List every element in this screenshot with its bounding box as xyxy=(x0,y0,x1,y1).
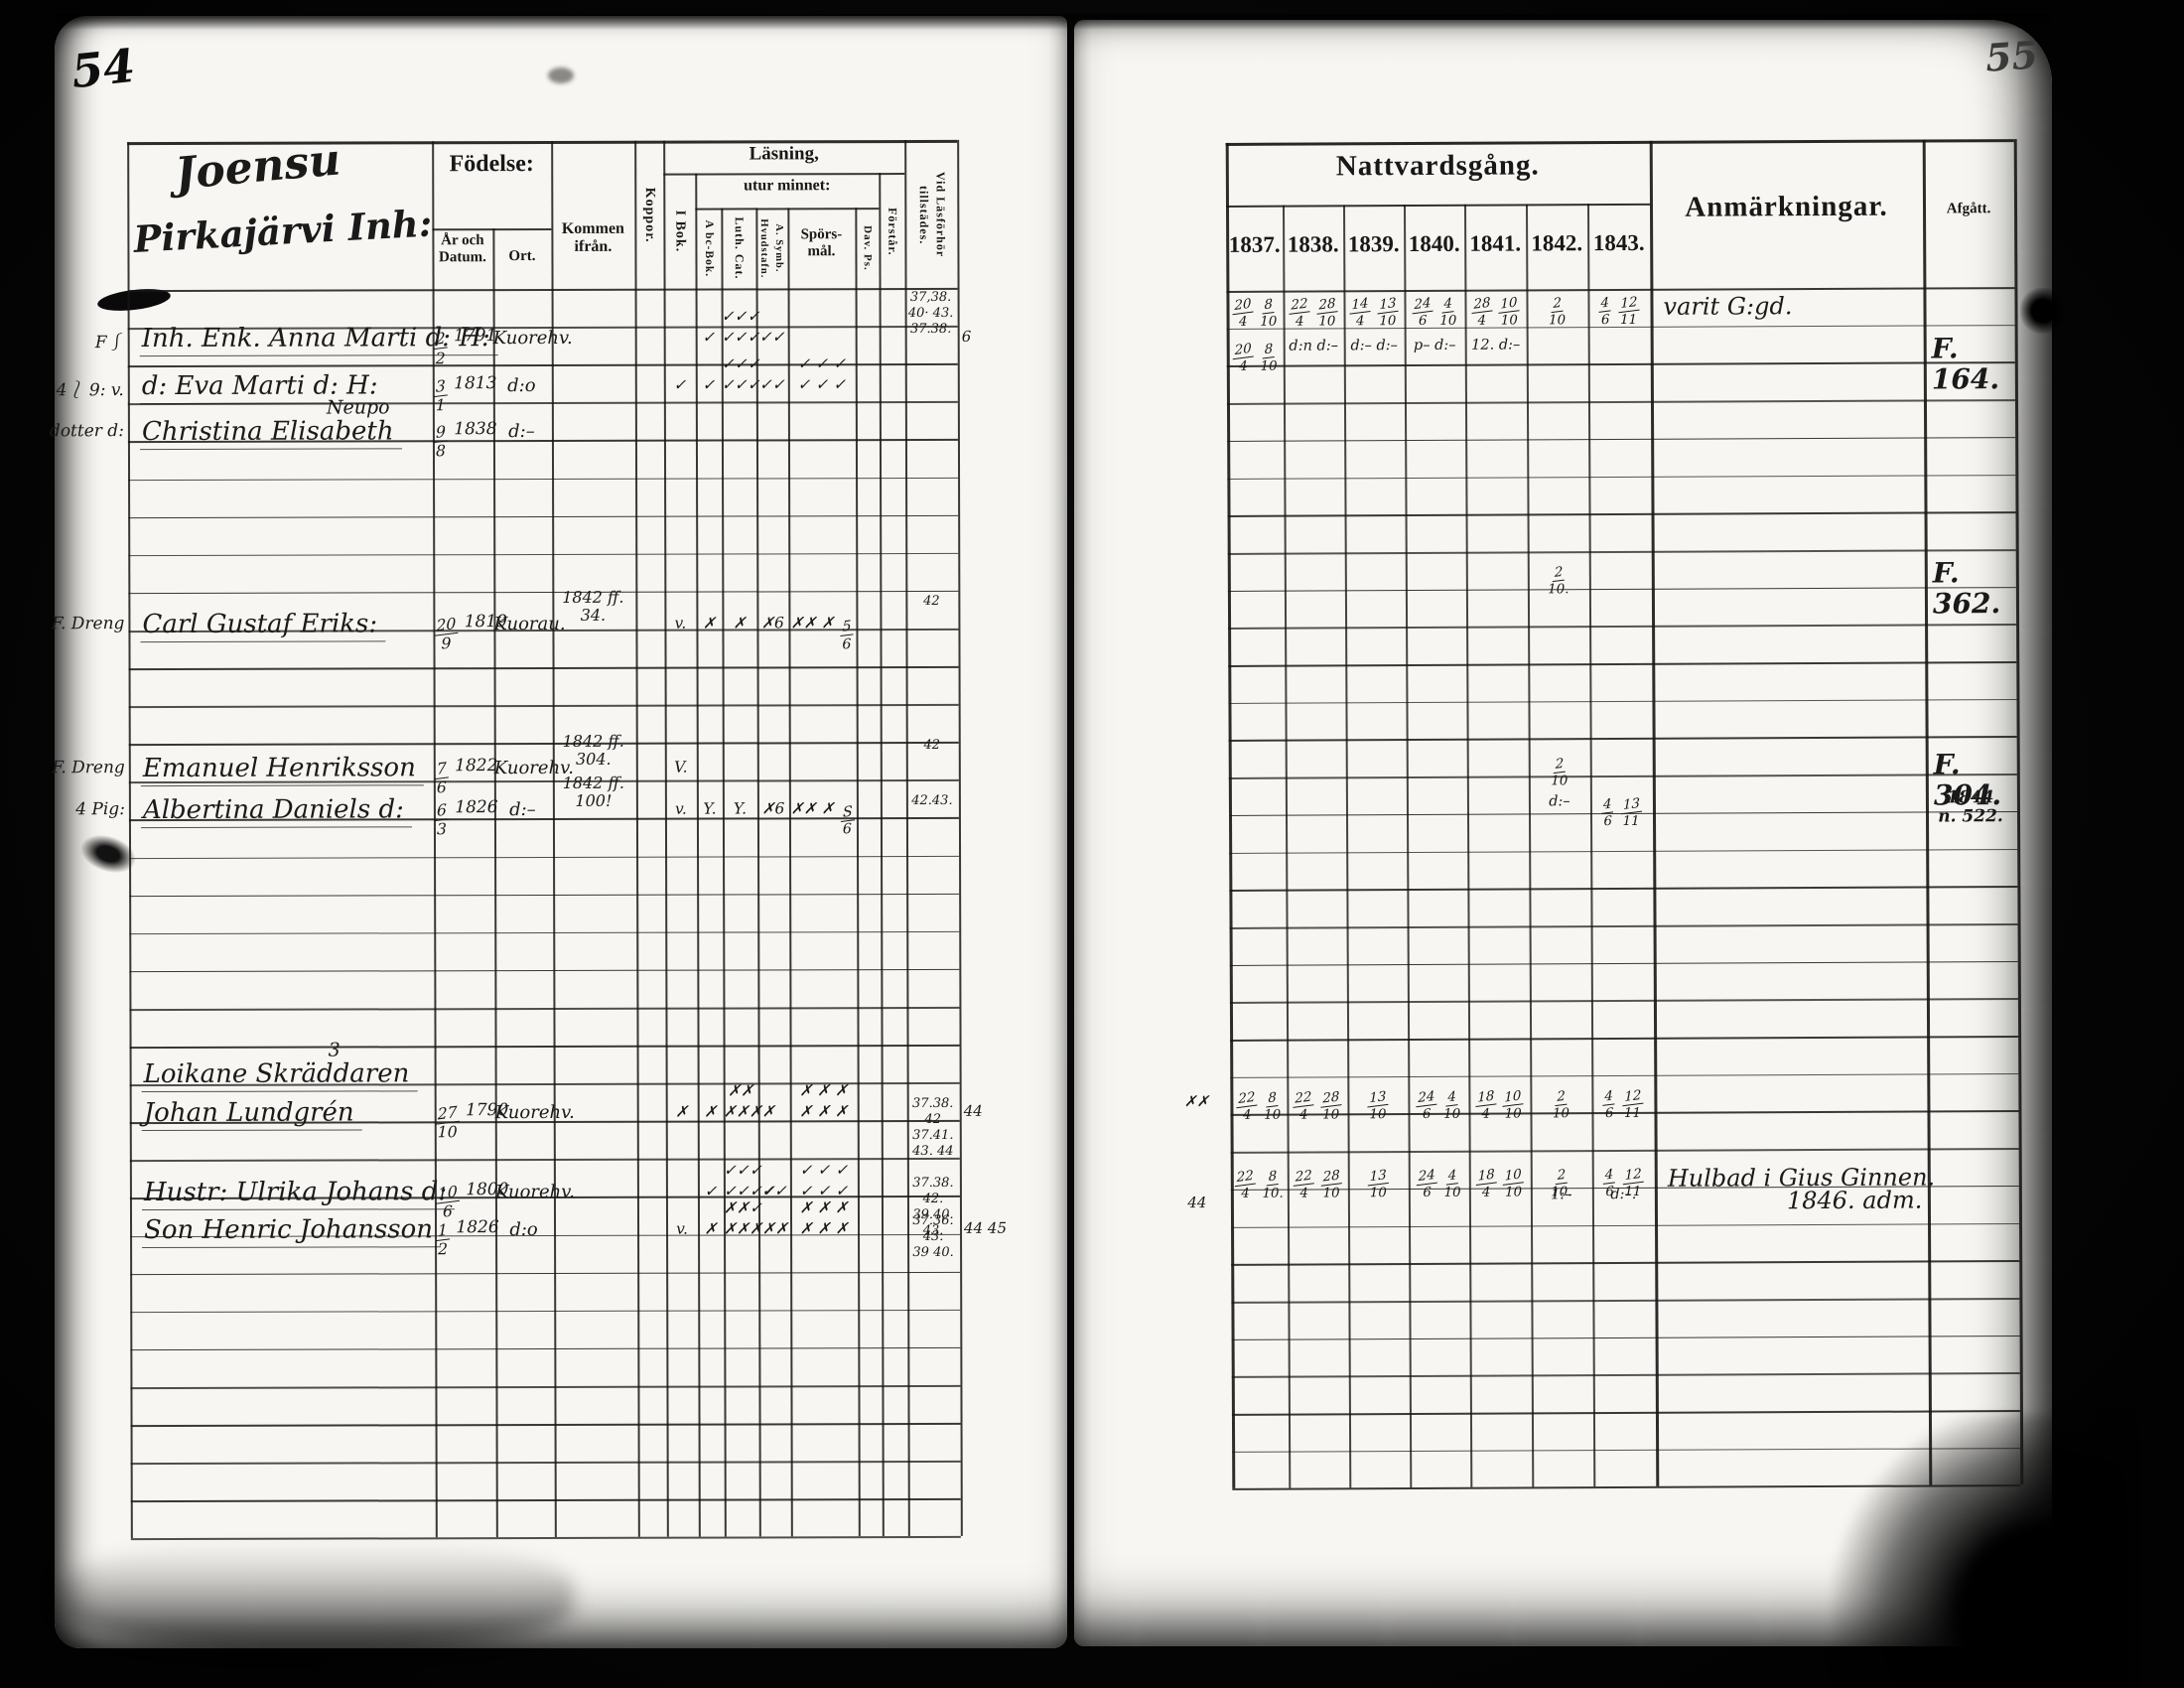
margin-note: ✗✗ xyxy=(1170,1092,1222,1110)
communion-dates: 204 810 xyxy=(1227,294,1282,329)
communion-dates: 46 1211 xyxy=(1588,292,1649,327)
departed-note: 1844 n. 522. xyxy=(1928,788,2013,826)
year-header-1843: 1843. xyxy=(1587,230,1650,257)
year-header-1837: 1837. xyxy=(1226,232,1283,259)
year-header-1842: 1842. xyxy=(1526,230,1587,257)
grid-line xyxy=(1587,204,1595,1486)
column-header-nattvardsgang: Nattvardsgång. xyxy=(1226,149,1650,184)
communion-dates: d:n d:– xyxy=(1285,339,1343,354)
communion-dates: 210 xyxy=(1530,753,1589,787)
year-header-1839: 1839. xyxy=(1343,231,1404,258)
communion-dates: 184 1010 xyxy=(1470,1165,1530,1199)
communion-dates: 246 410 xyxy=(1410,1165,1468,1199)
communion-dates: 224 2810 xyxy=(1288,1087,1346,1122)
grid-line xyxy=(1226,139,2014,146)
grid-line xyxy=(1404,205,1412,1487)
communion-dates: 246 410 xyxy=(1405,293,1463,328)
grid-line xyxy=(1464,205,1472,1487)
communion-dates: 224 2810 xyxy=(1289,1166,1347,1200)
year-header-1841: 1841. xyxy=(1464,230,1526,257)
remark-note: 1846. adm. xyxy=(1787,1187,1923,1215)
grid-line xyxy=(1283,206,1291,1488)
communion-dates: 246 410 xyxy=(1409,1086,1467,1121)
communion-dates: d:–. xyxy=(1593,1187,1654,1202)
communion-dates: 46 1211 xyxy=(1592,1085,1653,1120)
communion-dates: d:– d:– xyxy=(1345,338,1404,353)
year-header-1840: 1840. xyxy=(1404,231,1464,258)
communion-dates: 210 xyxy=(1527,292,1586,327)
grid-line xyxy=(1226,204,1650,208)
remark-note: varit G:gd. xyxy=(1663,292,1792,321)
column-header-anmarkningar: Anmärkningar. xyxy=(1650,191,1923,225)
communion-dates: 204 810 xyxy=(1228,339,1283,373)
communion-dates: 224 810 xyxy=(1231,1087,1286,1122)
year-header-1838: 1838. xyxy=(1283,231,1343,258)
margin-note: 44 xyxy=(1171,1194,1223,1211)
communion-dates: 210 xyxy=(1531,1085,1590,1120)
communion-dates: 46 1311 xyxy=(1591,793,1652,828)
column-header-afgatt: Afgått. xyxy=(1925,201,2012,218)
communion-dates: d:– xyxy=(1530,793,1589,809)
communion-dates: p– d:– xyxy=(1406,338,1464,353)
grid-line xyxy=(1526,204,1534,1486)
communion-dates: 12. d:– xyxy=(1466,338,1526,353)
grid-line xyxy=(1343,205,1351,1487)
communion-dates: 1310 xyxy=(1348,1086,1407,1121)
communion-dates: 1310 xyxy=(1349,1165,1408,1199)
communion-dates: 210. xyxy=(1529,562,1588,597)
communion-dates: 184 1010 xyxy=(1469,1086,1529,1121)
communion-dates: 1:– xyxy=(1532,1187,1591,1202)
communion-dates: 144 1310 xyxy=(1344,293,1403,328)
communion-dates: 224 2810 xyxy=(1284,293,1342,328)
communion-dates: 284 1010 xyxy=(1465,292,1525,327)
communion-dates: 224 810. xyxy=(1232,1166,1287,1200)
right-register-table: Nattvardsgång. Anmärkningar. Afgått. 183… xyxy=(0,0,2184,1688)
scanned-book-spread: 54 55 Joensu Pirkajärvi Inh: Födelse: År… xyxy=(0,0,2184,1688)
